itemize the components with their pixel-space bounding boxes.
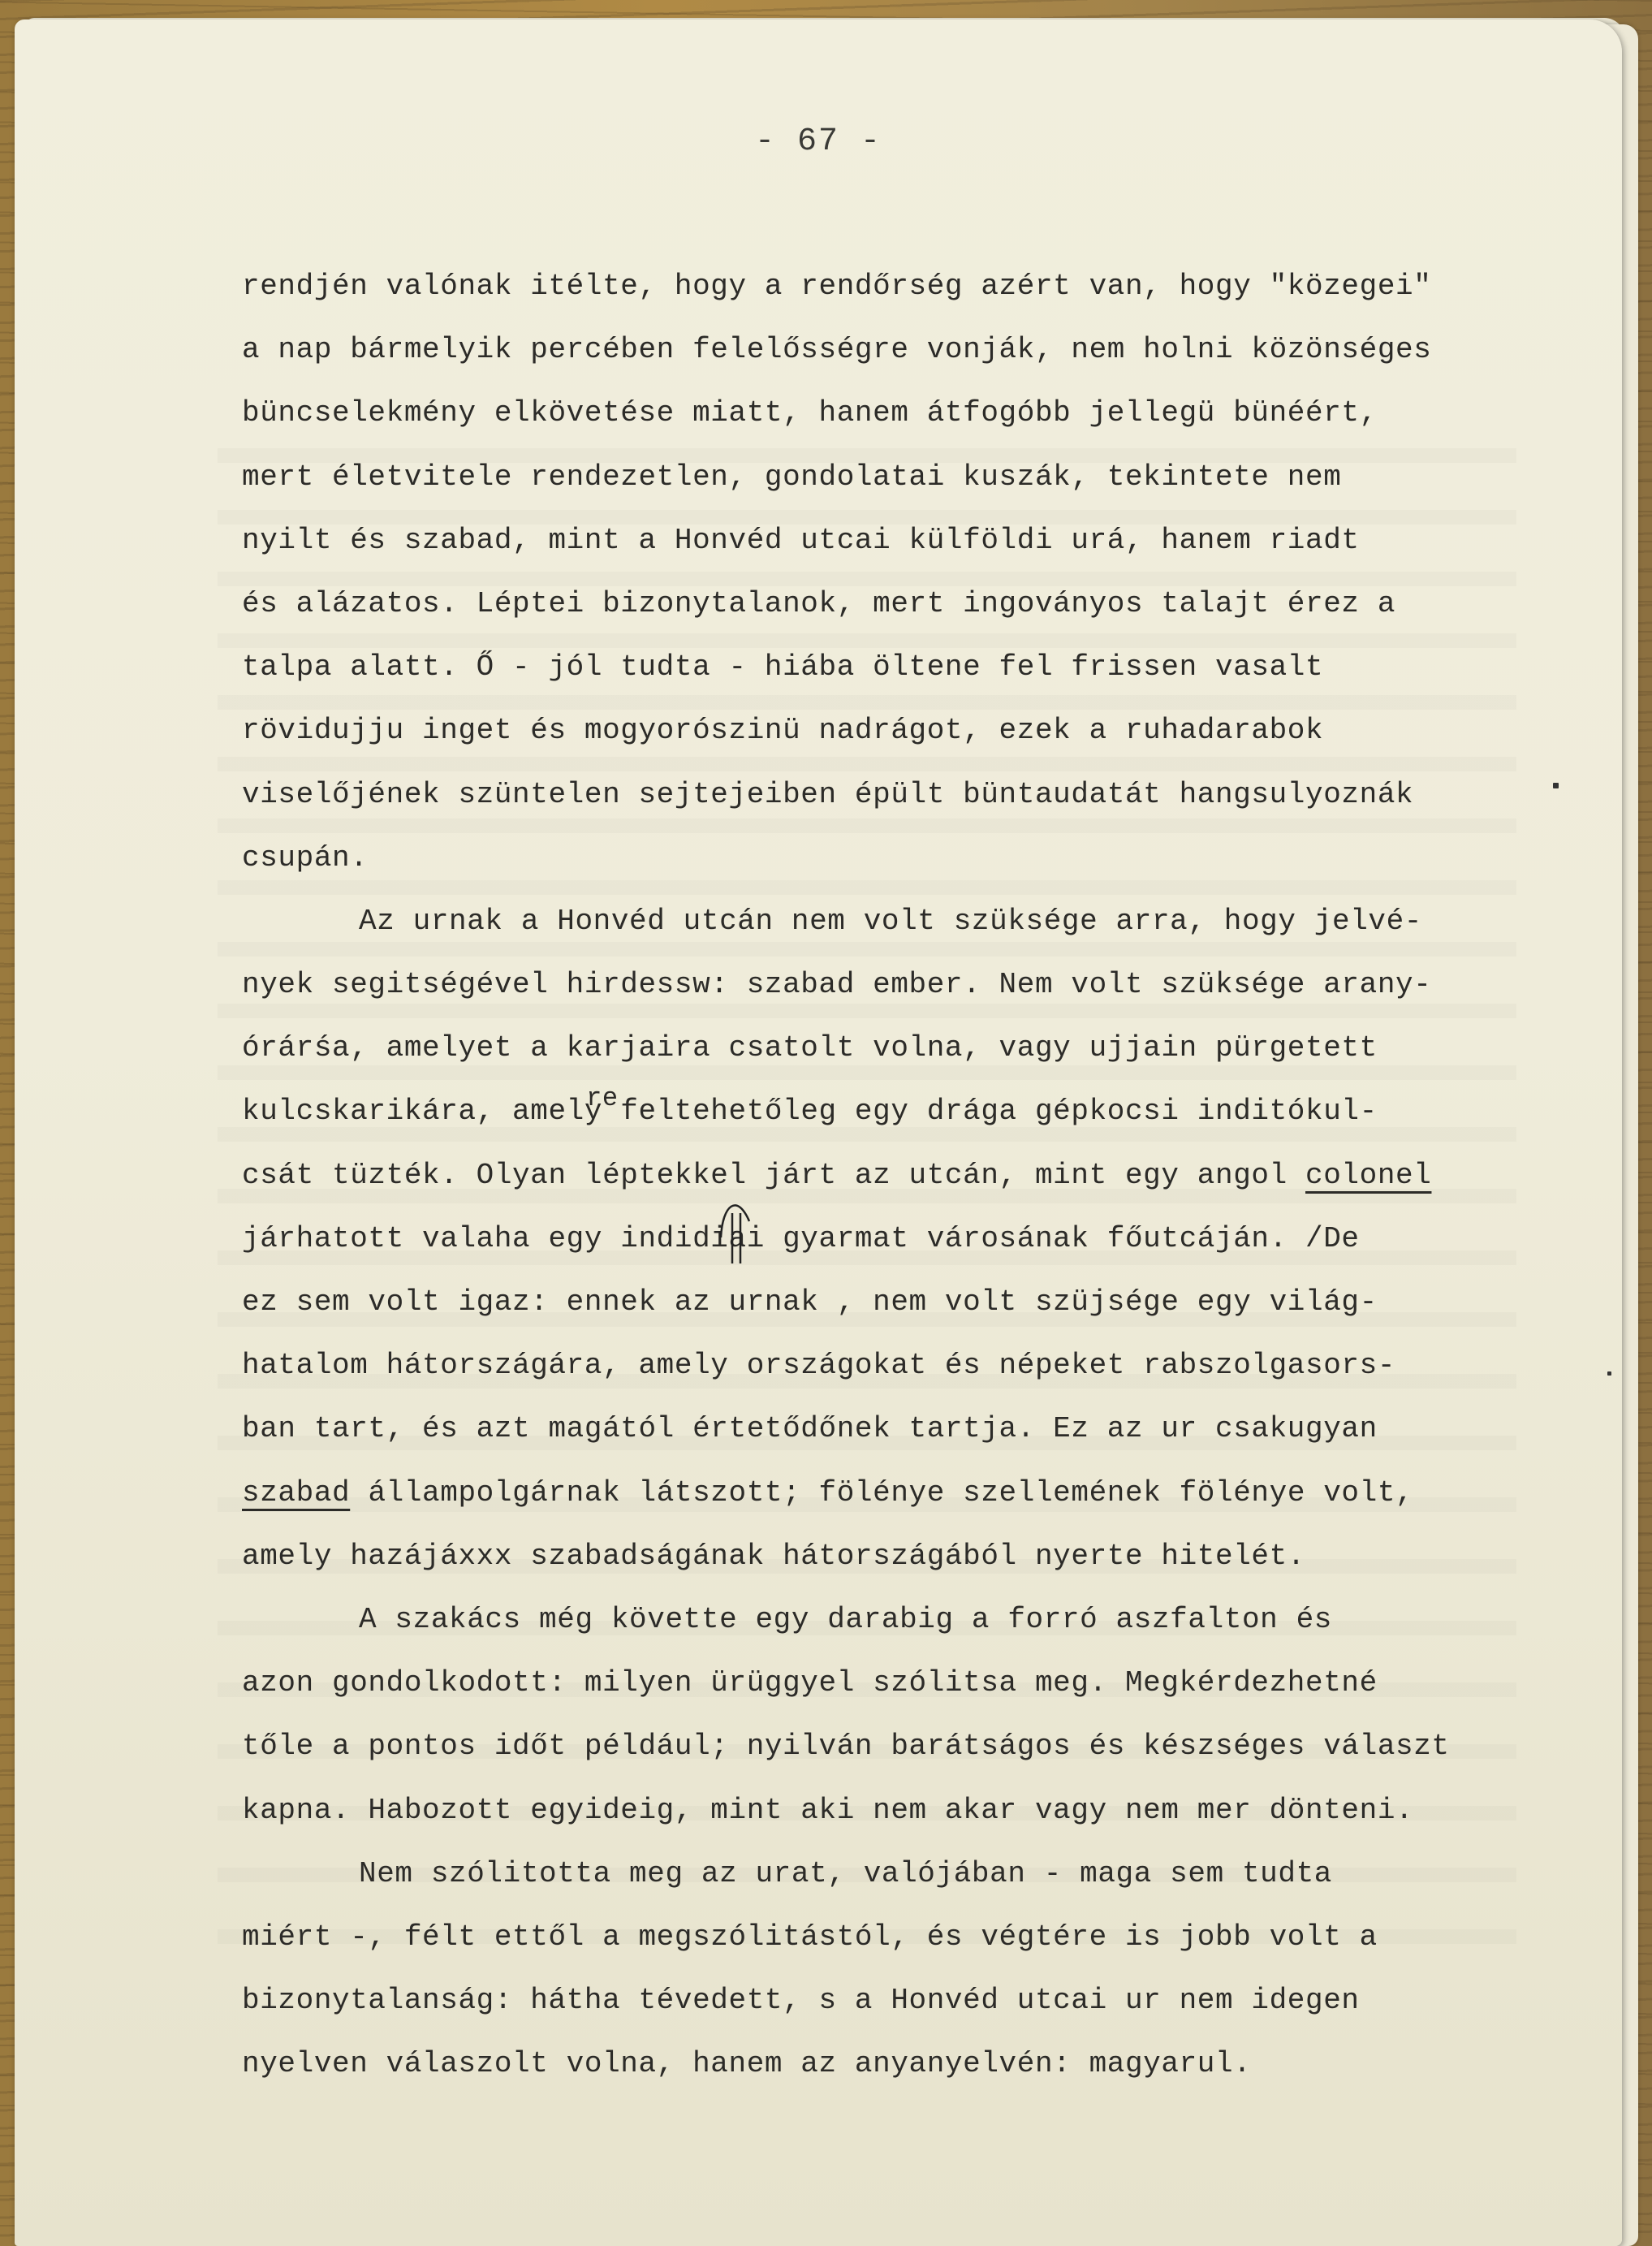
text-line: ban tart, és azt magától értetődőnek tar…: [242, 1397, 1622, 1461]
margin-mark: [1607, 1371, 1611, 1376]
text-line: azon gondolkodott: milyen ürüggyel szóli…: [242, 1652, 1622, 1715]
paragraph-start-line: Nem szólitotta meg az urat, valójában - …: [242, 1842, 1622, 1906]
text-line: kapna. Habozott egyideig, mint aki nem a…: [242, 1779, 1622, 1842]
text-line: ez sem volt igaz: ennek az urnak , nem v…: [242, 1271, 1622, 1334]
text-line: viselőjének szüntelen sejtejeiben épült …: [242, 763, 1622, 827]
text-line: bizonytalanság: hátha tévedett, s a Honv…: [242, 1969, 1622, 2032]
typewritten-page: - 67 - rendjén valónak itélte, hogy a re…: [15, 19, 1622, 2246]
text-line: talpa alatt. Ő - jól tudta - hiába ölten…: [242, 636, 1622, 699]
text-segment: feltehetőleg egy drága gépkocsi inditóku…: [602, 1095, 1378, 1128]
text-segment: kulcskarikára, amely: [242, 1095, 602, 1128]
text-line: miért -, félt ettől a megszólitástól, és…: [242, 1906, 1622, 1969]
text-line-with-underline: szabad állampolgárnak látszott; fölénye …: [242, 1462, 1622, 1525]
text-line: órárśa, amelyet a karjaira csatolt volna…: [242, 1017, 1622, 1080]
text-line: amely hazájáxxx szabadságának hátországá…: [242, 1525, 1622, 1588]
underlined-word: colonel: [1305, 1159, 1431, 1192]
text-line: nyek segitségével hirdessw: szabad ember…: [242, 953, 1622, 1017]
text-line: a nap bármelyik percében felelősségre vo…: [242, 318, 1622, 382]
text-line: rövidujju inget és mogyorószinü nadrágot…: [242, 699, 1622, 762]
page-number: - 67 -: [15, 123, 1622, 160]
underlined-word: szabad: [242, 1476, 350, 1510]
handwritten-insertion: re: [586, 1067, 619, 1130]
body-text: rendjén valónak itélte, hogy a rendőrség…: [242, 255, 1622, 2096]
text-line: hatalom hátországára, amely országokat é…: [242, 1334, 1622, 1397]
text-segment: állampolgárnak látszott; fölénye szellem…: [350, 1476, 1413, 1510]
text-line: tőle a pontos időt például; nyilván bará…: [242, 1715, 1622, 1778]
text-line-with-insertion: kulcskarikára, amelyre feltehetőleg egy …: [242, 1080, 1622, 1143]
margin-mark: [1553, 783, 1559, 788]
text-segment: csát tüzték. Olyan léptekkel járt az utc…: [242, 1159, 1305, 1192]
text-line: csupán.: [242, 827, 1622, 890]
text-line: nyilt és szabad, mint a Honvéd utcai kül…: [242, 509, 1622, 572]
text-line-with-underline: csát tüzték. Olyan léptekkel járt az utc…: [242, 1144, 1622, 1207]
text-line: rendjén valónak itélte, hogy a rendőrség…: [242, 255, 1622, 318]
text-line: és alázatos. Léptei bizonytalanok, mert …: [242, 572, 1622, 636]
text-line: mert életvitele rendezetlen, gondolatai …: [242, 446, 1622, 509]
text-line: nyelven válaszolt volna, hanem az anyany…: [242, 2032, 1622, 2096]
paragraph-start-line: A szakács még követte egy darabig a forr…: [242, 1588, 1622, 1652]
paragraph-start-line: Az urnak a Honvéd utcán nem volt szükség…: [242, 890, 1622, 953]
text-line: büncselekmény elkövetése miatt, hanem át…: [242, 382, 1622, 445]
text-line: járhatott valaha egy indidiai gyarmat vá…: [242, 1207, 1622, 1271]
